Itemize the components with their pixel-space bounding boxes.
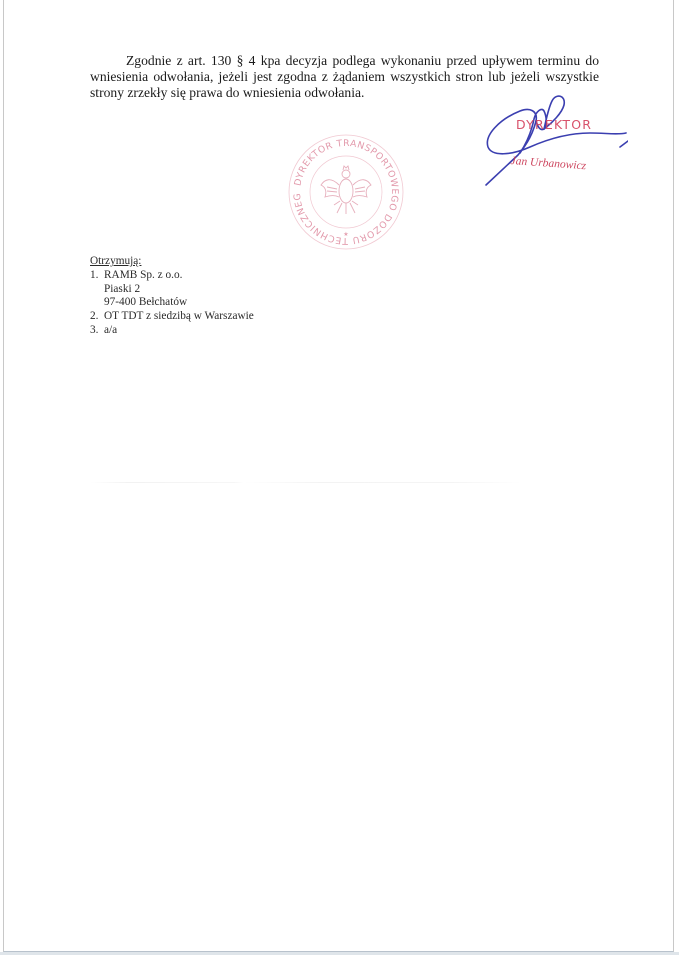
svg-text:★: ★	[343, 231, 348, 238]
recipient-number: 3.	[90, 324, 98, 338]
recipient-number: 2.	[90, 310, 98, 324]
recipient-line: 97-400 Bełchatów	[104, 296, 254, 310]
recipient-line: Piaski 2	[104, 283, 254, 297]
official-stamp-icon: DYREKTOR TRANSPORTOWEGO DOZORU TECHNICZN…	[287, 133, 405, 251]
svg-text:DYREKTOR TRANSPORTOWEGO DOZORU: DYREKTOR TRANSPORTOWEGO DOZORU TECHNICZN…	[287, 133, 400, 246]
recipients-heading: Otrzymują:	[90, 255, 254, 269]
handwritten-signature-icon	[478, 85, 628, 195]
recipient-item: 1. RAMB Sp. z o.o. Piaski 2 97-400 Bełch…	[90, 269, 254, 310]
recipient-item: 3. a/a	[90, 324, 254, 338]
bleed-through-artifact	[90, 482, 570, 483]
recipients-list: Otrzymują: 1. RAMB Sp. z o.o. Piaski 2 9…	[90, 255, 254, 338]
recipient-number: 1.	[90, 269, 98, 283]
recipient-line: OT TDT z siedzibą w Warszawie	[104, 310, 254, 324]
paragraph-line: Zgodnie z art. 130 § 4 kpa decyzja podle…	[90, 53, 599, 69]
paragraph-line: wniesienia odwołania, jeżeli jest zgodna…	[90, 69, 599, 85]
signatory-title: DYREKTOR	[516, 117, 592, 132]
recipient-line: a/a	[104, 324, 254, 338]
recipient-line: RAMB Sp. z o.o.	[104, 269, 254, 283]
recipient-item: 2. OT TDT z siedzibą w Warszawie	[90, 310, 254, 324]
